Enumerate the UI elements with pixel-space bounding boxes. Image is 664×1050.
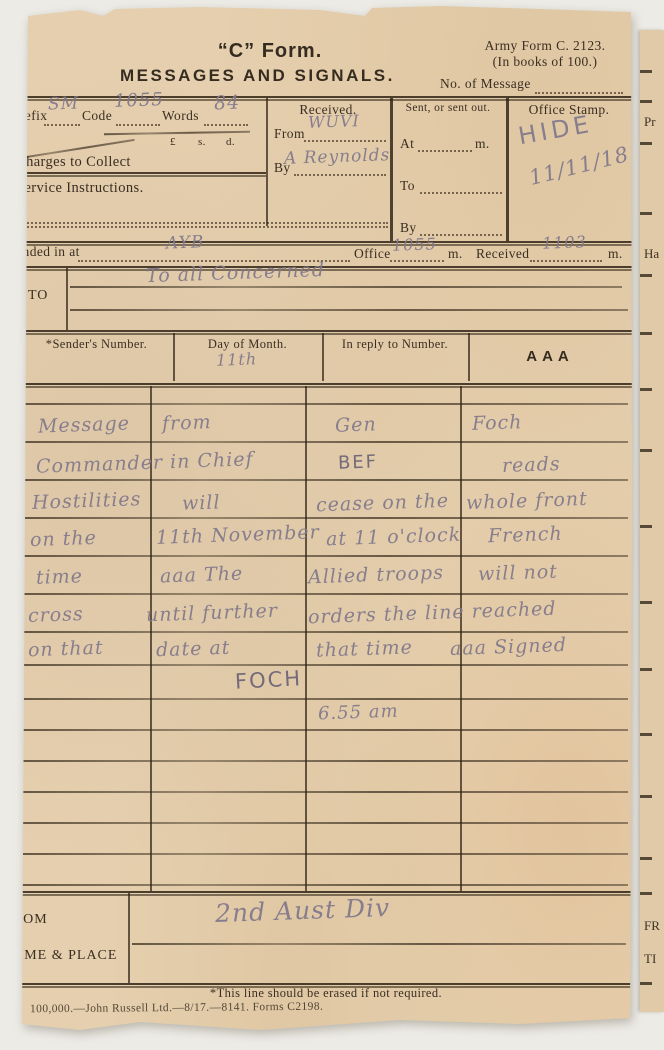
message-word: BEF (338, 451, 379, 473)
sent-to-label: To (400, 178, 415, 194)
message-word: until further (146, 600, 279, 627)
message-word: Message (38, 412, 131, 437)
words-label: Words (162, 108, 199, 124)
reference-row-bottom-rule (20, 383, 632, 388)
page-edge-line-fragment (640, 733, 652, 736)
received-m-label: m. (608, 246, 623, 262)
grid-line (20, 698, 628, 700)
message-word: date at (156, 637, 231, 662)
page-edge-line-fragment (640, 332, 652, 335)
sent-at-m: m. (475, 136, 490, 152)
grid-line (20, 631, 628, 633)
received-by-line (294, 174, 386, 176)
grid-line (20, 479, 628, 481)
prefix-value: SM (48, 93, 80, 114)
received-from-line (304, 140, 386, 142)
grid-line (20, 760, 628, 762)
message-word: reads (502, 453, 561, 477)
received-time-value: 1103 (542, 232, 587, 253)
message-word: Hostilities (32, 488, 142, 514)
page-edge-line-fragment (640, 795, 652, 798)
office-value: 1055 (392, 234, 437, 255)
day-of-month-value: 11th (216, 349, 258, 369)
page-edge-line-fragment (640, 449, 652, 452)
grid-line (20, 517, 628, 519)
form-page-wrap: “C” Form. Army Form C. 2123. (In books o… (0, 0, 664, 1050)
grid-line (20, 441, 628, 443)
words-line (204, 124, 248, 126)
message-word: on the (30, 527, 98, 551)
prefix-line (44, 124, 80, 126)
message-word: Gen (335, 413, 377, 436)
adjacent-page-edge: Pr Ha FR TI (640, 30, 664, 1012)
received-by-value: A Reynolds (284, 145, 391, 169)
from-label: FROM (20, 912, 48, 928)
to-box-bottom-rule (20, 330, 632, 335)
grid-line (20, 729, 628, 731)
aaa-label: AAA (468, 348, 632, 365)
code-value: 1055 (114, 89, 165, 112)
form-subtitle: MESSAGES AND SIGNALS. (120, 66, 395, 86)
to-box-border (66, 268, 68, 330)
handed-in-at-label: Handed in at (20, 244, 80, 260)
message-word: whole front (466, 488, 588, 514)
grid-line (20, 884, 628, 886)
office-stamp-date: 11/11/18 (527, 142, 632, 190)
message-word: aaa Signed (450, 634, 568, 660)
sent-at-label: At (400, 136, 414, 152)
page-edge-line-fragment (640, 388, 652, 391)
sent-by-label: By (400, 220, 417, 236)
page-edge-line-fragment (640, 668, 652, 671)
books-note: (In books of 100.) (450, 54, 632, 70)
adjacent-handed-fragment: Ha (644, 246, 659, 262)
received-time-line (530, 260, 602, 262)
no-of-message-label: No. of Message (440, 76, 531, 92)
message-word: will not (478, 561, 559, 586)
message-word: Foch (472, 411, 523, 435)
page-edge-line-fragment (640, 982, 652, 985)
sent-box-left-border (390, 98, 393, 241)
grid-line (20, 403, 628, 405)
adjacent-from-fragment: FR (644, 918, 660, 934)
page-edge-line-fragment (640, 601, 652, 604)
office-label: Office (354, 246, 391, 262)
sent-to-line (420, 192, 502, 194)
office-line (390, 260, 444, 262)
header-rule (20, 96, 632, 101)
adjacent-prefix-fragment: Pr (644, 114, 656, 130)
message-word: 11th November (156, 521, 320, 549)
printer-imprint: 100,000.—John Russell Ltd.—8/17.—8141. F… (30, 1001, 323, 1016)
handed-row-bottom-rule (20, 266, 632, 271)
grid-line (20, 853, 628, 855)
senders-number-label: *Sender's Number. (20, 337, 173, 352)
message-word: Commander in Chief (36, 448, 254, 478)
received-time-label: Received (476, 246, 529, 262)
page-edge-line-fragment (640, 100, 652, 103)
grid-line (20, 593, 628, 595)
no-of-message-line (535, 92, 623, 94)
page-edge-line-fragment (640, 525, 652, 528)
service-bottom-dotted-1 (20, 222, 388, 224)
grid-line (20, 822, 628, 824)
received-from-value: WUVI (308, 111, 360, 132)
message-word: cross (28, 603, 84, 627)
page-edge-line-fragment (640, 274, 652, 277)
erase-note: *This line should be erased if not requi… (76, 986, 576, 1001)
page-edge-line-fragment (640, 70, 652, 73)
page-edge-line-fragment (640, 142, 652, 145)
message-word: cease on the (316, 490, 450, 517)
charges-rule (104, 131, 250, 136)
page-edge-line-fragment (640, 892, 652, 895)
received-from-label: From (274, 126, 305, 142)
handed-in-at-value: AYB (166, 232, 205, 253)
to-line-2 (70, 309, 628, 311)
office-m-label: m. (448, 246, 463, 262)
form-title: “C” Form. (160, 40, 380, 63)
message-word: from (162, 411, 212, 435)
page-edge-line-fragment (640, 212, 652, 215)
message-word: time (36, 565, 84, 589)
c-form-page: “C” Form. Army Form C. 2123. (In books o… (20, 0, 632, 1034)
grid-line (20, 664, 628, 666)
charges-bottom-rule (20, 172, 266, 177)
service-bottom-dotted-2 (20, 226, 388, 228)
service-instructions-label: Service Instructions. (20, 180, 144, 197)
time-place-label: TIME & PLACE (20, 948, 117, 964)
grid-line (20, 791, 628, 793)
pence-label: d. (226, 136, 235, 148)
to-value: To all Concerned (146, 259, 326, 287)
from-value: 2nd Aust Div (215, 893, 391, 928)
from-box-border (128, 893, 130, 983)
grid-line (20, 555, 628, 557)
words-value: 84 (214, 92, 241, 115)
message-word: at 11 o'clock (326, 524, 462, 551)
message-word: that time (316, 636, 414, 661)
pounds-label: £ (170, 136, 176, 148)
message-word: will (182, 491, 221, 514)
code-label: Code (82, 108, 112, 124)
sent-at-line (418, 150, 472, 152)
sent-box-right-border (506, 98, 509, 241)
message-word: French (488, 523, 563, 548)
charges-to-collect-label: Charges to Collect (20, 154, 131, 171)
in-reply-label: In reply to Number. (322, 337, 468, 352)
code-line (116, 124, 160, 126)
message-word: orders the line reached (308, 598, 557, 629)
grid-divider-2 (305, 386, 307, 891)
message-word: Allied troops (308, 562, 445, 589)
prefix-label: Prefix (20, 108, 47, 124)
form-number: Army Form C. 2123. (450, 38, 632, 54)
top-boxes-bottom-rule (20, 241, 632, 246)
page-edge-line-fragment (640, 857, 652, 860)
adjacent-time-fragment: TI (644, 951, 656, 967)
message-signature: FOCH (234, 666, 302, 693)
sent-header: Sent, or sent out. (391, 102, 505, 114)
message-word: aaa The (160, 563, 244, 588)
to-label: TO (28, 288, 48, 304)
message-time: 6.55 am (318, 701, 399, 725)
shillings-label: s. (198, 136, 206, 148)
message-word: on that (28, 637, 104, 662)
from-box-line (132, 943, 626, 945)
